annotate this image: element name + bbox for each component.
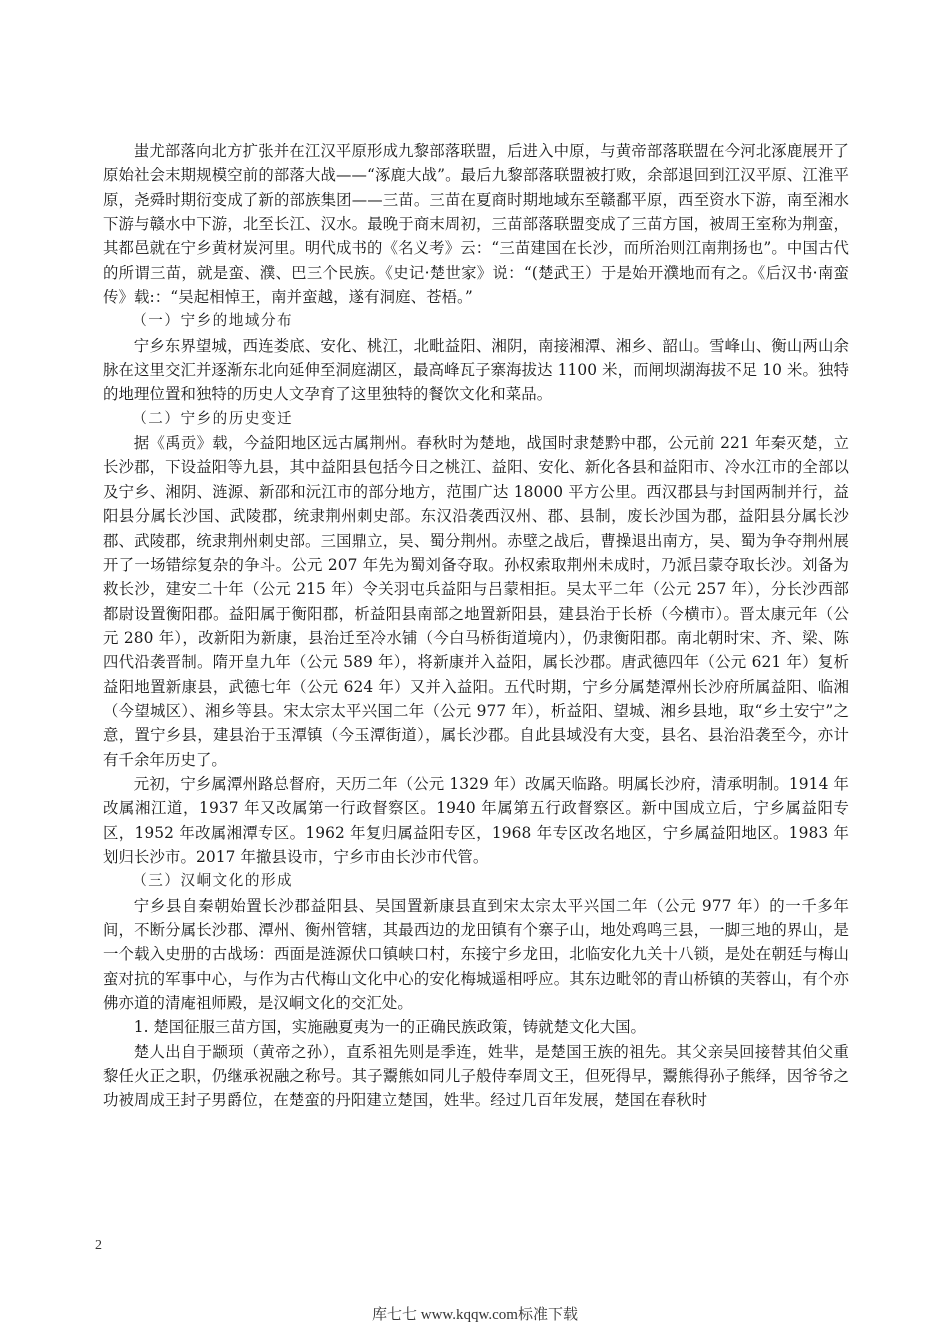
- section-heading-3: （三）汉峒文化的形成: [103, 869, 849, 893]
- paragraph-history: 据《禹贡》载，今益阳地区远古属荆州。春秋时为楚地，战国时隶楚黔中郡，公元前 22…: [103, 431, 849, 772]
- paragraph-chu-origins: 楚人出自于颛顼（黄帝之孙），直系祖先则是季连，姓芈，是楚国王族的祖先。其父亲吴回…: [103, 1040, 849, 1113]
- paragraph-handong-culture: 宁乡县自秦朝始置长沙郡益阳县、吴国置新康县直到宋太宗太平兴国二年（公元 977 …: [103, 894, 849, 1016]
- footer-watermark: 库七七 www.kqqw.com标准下载: [0, 1303, 950, 1324]
- paragraph-intro: 蚩尤部落向北方扩张并在江汉平原形成九黎部落联盟，后进入中原，与黄帝部落联盟在今河…: [103, 139, 849, 309]
- paragraph-modern-history: 元初，宁乡属潭州路总督府，天历二年（公元 1329 年）改属天临路。明属长沙府，…: [103, 772, 849, 869]
- page-number: 2: [95, 1238, 102, 1254]
- document-body: 蚩尤部落向北方扩张并在江汉平原形成九黎部落联盟，后进入中原，与黄帝部落联盟在今河…: [103, 139, 849, 1113]
- paragraph-geography: 宁乡东界望城，西连娄底、安化、桃江，北毗益阳、湘阴，南接湘潭、湘乡、韶山。雪峰山…: [103, 334, 849, 407]
- section-heading-2: （二）宁乡的历史变迁: [103, 407, 849, 431]
- section-heading-1: （一）宁乡的地域分布: [103, 309, 849, 333]
- list-item-1: 1. 楚国征服三苗方国，实施融夏夷为一的正确民族政策，铸就楚文化大国。: [103, 1015, 849, 1039]
